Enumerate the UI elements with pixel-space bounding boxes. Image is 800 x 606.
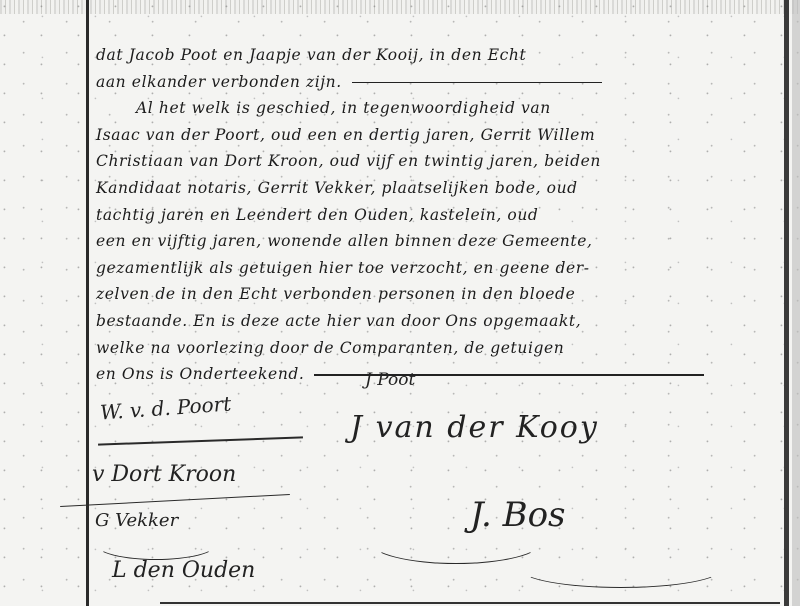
body-line-2-text: aan elkander verbonden zijn. — [96, 73, 342, 91]
signature-underline — [98, 436, 303, 445]
record-body: dat Jacob Poot en Jaapje van der Kooij, … — [96, 42, 776, 388]
bottom-rule — [160, 602, 780, 604]
body-line-8: een en vijftig jaren, wonende allen binn… — [96, 228, 776, 255]
body-line-2: aan elkander verbonden zijn. — [96, 69, 776, 96]
body-line-10: zelven de in den Echt verbonden personen… — [96, 281, 776, 308]
separator-stroke — [60, 494, 290, 507]
body-line-7: tachtig jaren en Leendert den Ouden, kas… — [96, 202, 776, 229]
body-line-3: Al het welk is geschied, in tegenwoordig… — [96, 95, 776, 122]
body-line-13-text: en Ons is Onderteekend. — [96, 365, 304, 383]
body-line-13: en Ons is Onderteekend. — [96, 361, 776, 388]
signature-bride: J van der Kooy — [350, 410, 599, 445]
official-flourish-2 — [520, 550, 722, 588]
signature-witness-4: L den Ouden — [112, 558, 255, 583]
body-line-4: Isaac van der Poort, oud een en dertig j… — [96, 122, 776, 149]
body-line-6: Kandidaat notaris, Gerrit Vekker, plaats… — [96, 175, 776, 202]
body-line-1: dat Jacob Poot en Jaapje van der Kooij, … — [96, 42, 776, 69]
right-page-edge — [792, 0, 800, 606]
body-line-11: bestaande. En is deze acte hier van door… — [96, 308, 776, 335]
signature-witness-2: v Dort Kroon — [92, 462, 236, 487]
body-line-9: gezamentlijk als getuigen hier toe verzo… — [96, 255, 776, 282]
body-line-5: Christiaan van Dort Kroon, oud vijf en t… — [96, 148, 776, 175]
right-margin-rule — [784, 0, 789, 606]
official-flourish — [370, 520, 542, 564]
body-line-12: welke na voorlezing door de Comparanten,… — [96, 335, 776, 362]
signature-groom: J Poot — [365, 370, 415, 390]
left-margin-rule — [86, 0, 89, 606]
line-fill-rule — [352, 82, 602, 84]
signature-flourish — [95, 528, 217, 560]
signature-witness-1: W. v. d. Poort — [99, 391, 232, 424]
scan-top-edge — [0, 0, 800, 14]
